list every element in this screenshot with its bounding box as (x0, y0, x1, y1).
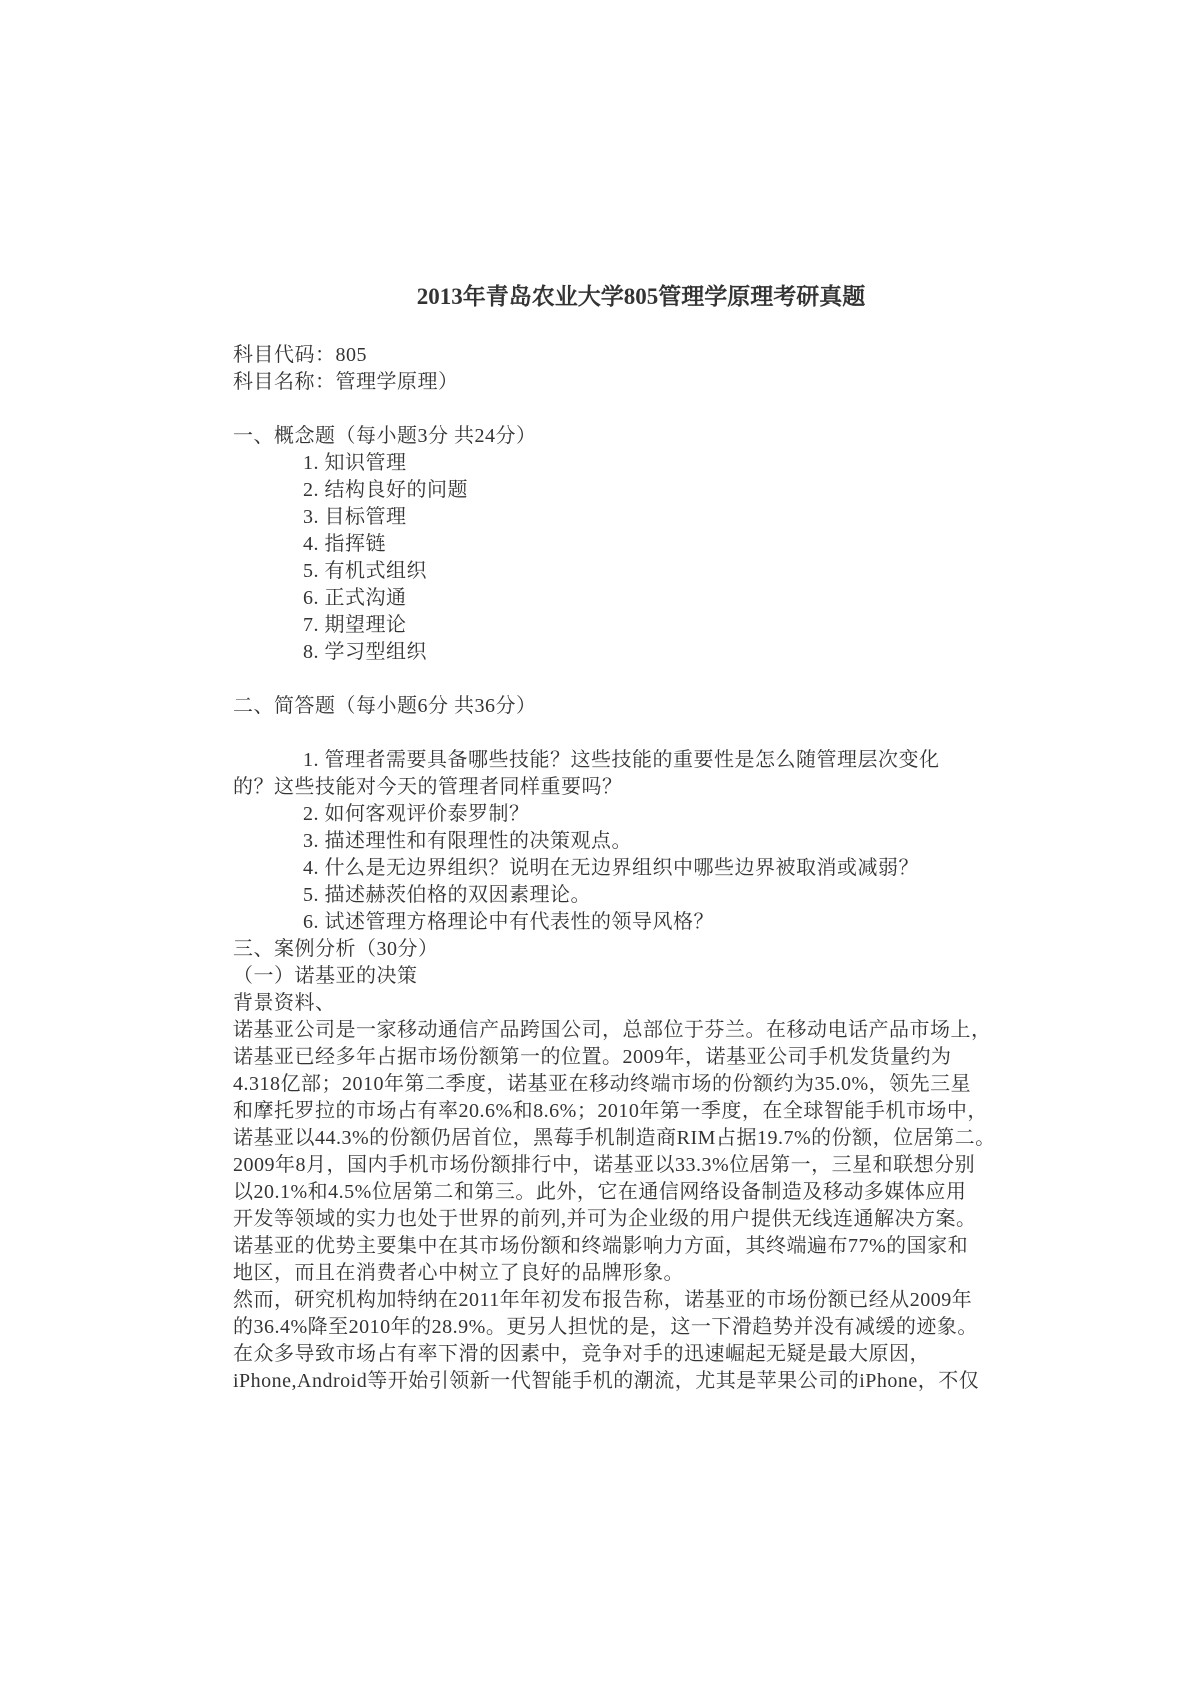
text-line: 5. 有机式组织 (233, 558, 973, 585)
text-line: 一、概念题（每小题3分 共24分） (233, 423, 973, 450)
text-line: （一）诺基亚的决策 (233, 963, 973, 990)
text-line: 4.318亿部；2010年第二季度，诺基亚在移动终端市场的份额约为35.0%，领… (233, 1071, 973, 1098)
text-line: 的36.4%降至2010年的28.9%。更另人担忧的是，这一下滑趋势并没有减缓的… (233, 1314, 973, 1341)
page-title: 2013年青岛农业大学805管理学原理考研真题 (233, 280, 973, 314)
document-body: 一、概念题（每小题3分 共24分）1. 知识管理2. 结构良好的问题3. 目标管… (233, 423, 973, 1395)
text-line: 3. 描述理性和有限理性的决策观点。 (233, 828, 973, 855)
text-line: 开发等领域的实力也处于世界的前列,并可为企业级的用户提供无线连通解决方案。 (233, 1206, 973, 1233)
text-line: 7. 期望理论 (233, 612, 973, 639)
subject-meta: 科目代码：805 科目名称：管理学原理） (233, 342, 973, 396)
text-line: iPhone,Android等开始引领新一代智能手机的潮流，尤其是苹果公司的iP… (233, 1368, 973, 1395)
subject-name-line: 科目名称：管理学原理） (233, 369, 973, 396)
text-line: 4. 什么是无边界组织？说明在无边界组织中哪些边界被取消或减弱？ (233, 855, 973, 882)
text-line: 诺基亚以44.3%的份额仍居首位，黑莓手机制造商RIM占据19.7%的份额，位居… (233, 1125, 973, 1152)
text-line: 三、案例分析（30分） (233, 936, 973, 963)
text-line: 6. 正式沟通 (233, 585, 973, 612)
text-line: 2. 如何客观评价泰罗制？ (233, 801, 973, 828)
text-line: 背景资料、 (233, 990, 973, 1017)
text-line: 诺基亚的优势主要集中在其市场份额和终端影响力方面，其终端遍布77%的国家和 (233, 1233, 973, 1260)
text-line: 5. 描述赫茨伯格的双因素理论。 (233, 882, 973, 909)
text-line: 和摩托罗拉的市场占有率20.6%和8.6%；2010年第一季度，在全球智能手机市… (233, 1098, 973, 1125)
document-content: 2013年青岛农业大学805管理学原理考研真题 科目代码：805 科目名称：管理… (233, 0, 973, 1395)
text-line: 8. 学习型组织 (233, 639, 973, 666)
text-line: 的？这些技能对今天的管理者同样重要吗？ (233, 774, 973, 801)
text-line: 3. 目标管理 (233, 504, 973, 531)
text-line: 1. 管理者需要具备哪些技能？这些技能的重要性是怎么随管理层次变化 (233, 747, 973, 774)
text-line: 诺基亚公司是一家移动通信产品跨国公司，总部位于芬兰。在移动电话产品市场上， (233, 1017, 973, 1044)
exam-page: 2013年青岛农业大学805管理学原理考研真题 科目代码：805 科目名称：管理… (0, 0, 1190, 1683)
text-line: 以20.1%和4.5%位居第二和第三。此外，它在通信网络设备制造及移动多媒体应用 (233, 1179, 973, 1206)
text-line: 2009年8月，国内手机市场份额排行中，诺基亚以33.3%位居第一，三星和联想分… (233, 1152, 973, 1179)
text-line: 诺基亚已经多年占据市场份额第一的位置。2009年，诺基亚公司手机发货量约为 (233, 1044, 973, 1071)
text-line: 地区，而且在消费者心中树立了良好的品牌形象。 (233, 1260, 973, 1287)
text-line: 然而，研究机构加特纳在2011年年初发布报告称，诺基亚的市场份额已经从2009年 (233, 1287, 973, 1314)
text-line: 1. 知识管理 (233, 450, 973, 477)
text-line: 6. 试述管理方格理论中有代表性的领导风格？ (233, 909, 973, 936)
text-line: 4. 指挥链 (233, 531, 973, 558)
subject-code-line: 科目代码：805 (233, 342, 973, 369)
text-line: 在众多导致市场占有率下滑的因素中，竞争对手的迅速崛起无疑是最大原因， (233, 1341, 973, 1368)
text-line: 2. 结构良好的问题 (233, 477, 973, 504)
text-line: 二、简答题（每小题6分 共36分） (233, 693, 973, 720)
